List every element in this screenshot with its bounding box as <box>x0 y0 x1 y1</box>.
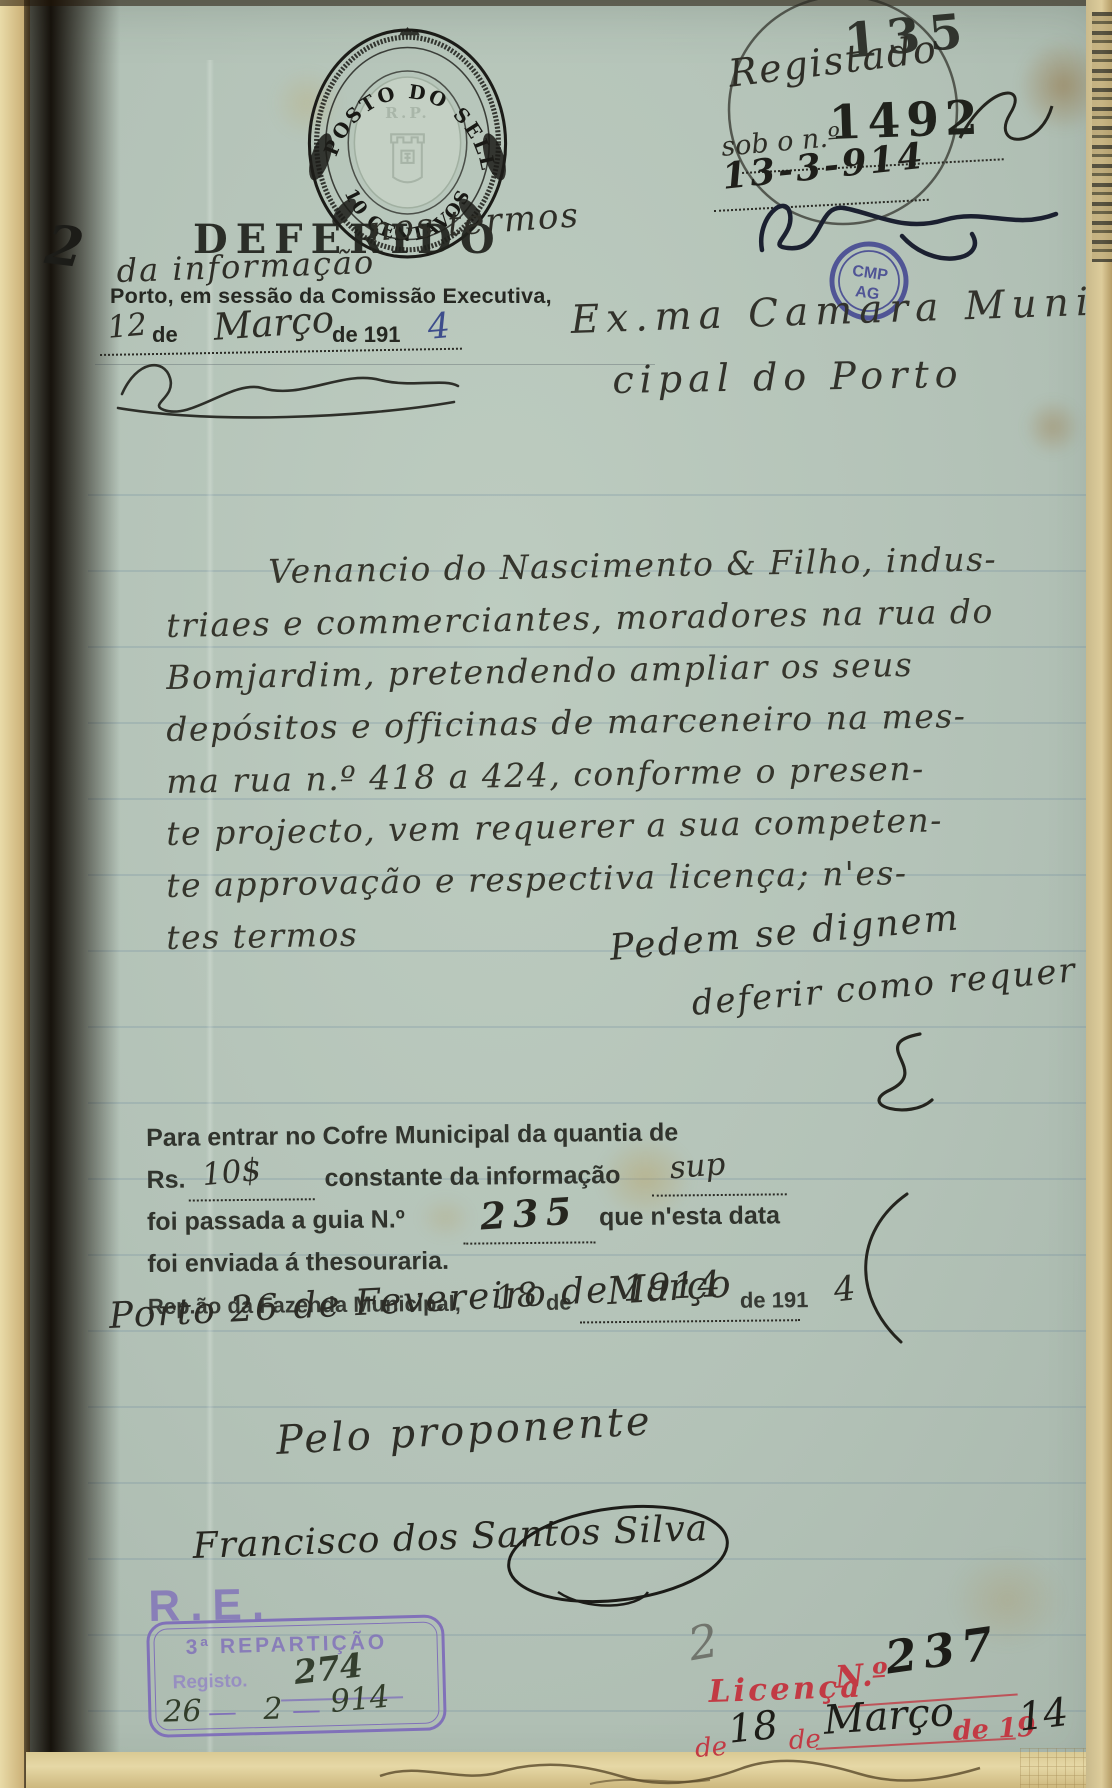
session-month: Março <box>212 298 335 349</box>
dotted-line <box>463 1241 595 1244</box>
addressee-line-2: cipal do Porto <box>612 352 964 402</box>
stamp-embossed-rp: R.P. <box>385 104 430 122</box>
stain <box>1024 398 1082 456</box>
right-page-edge <box>1086 0 1112 1788</box>
fazenda-flourish-bracket <box>845 1190 935 1350</box>
body-line: tes termos <box>166 915 359 957</box>
session-day: 12 <box>106 307 148 346</box>
fazenda-sup: sup <box>668 1146 726 1186</box>
fazenda-line-3a: foi passada a guia N.º <box>147 1205 405 1237</box>
reparticao-month: 2 <box>263 1691 283 1726</box>
licenca-day: 18 <box>726 1703 780 1753</box>
dotted-line <box>580 1319 800 1323</box>
reparticao-dash-1: — <box>209 1697 236 1728</box>
licenca-de-2: de <box>788 1724 822 1756</box>
scanned-document-page: R.P. IMPOSTO DO SELLO 10 CENTAVOS 135 Re… <box>0 0 1112 1788</box>
fazenda-guia-number: 235 <box>479 1188 580 1238</box>
fazenda-line-4: foi enviada á thesouraria. <box>147 1247 449 1279</box>
session-year-digit: 4 <box>426 306 452 348</box>
initials-signature <box>752 188 1072 280</box>
reparticao-stamp-box: 3ª REPARTIÇÃO Registo. 274 26 — 2 — 914 <box>146 1614 447 1738</box>
margin-ink-mark: 2 <box>42 212 87 280</box>
fazenda-de191: de 191 <box>740 1287 809 1314</box>
licenca-de-1: de <box>694 1732 728 1764</box>
licenca-month: Março <box>822 1689 955 1744</box>
right-edge-stamp-pattern <box>1092 12 1112 262</box>
cmp-stamp-top-text: CMP <box>851 263 889 285</box>
session-de1: de <box>152 322 178 348</box>
dotted-line <box>189 1198 315 1201</box>
under-page-writing <box>380 1756 980 1788</box>
session-de2: de 191 <box>332 322 401 348</box>
deferido-handwritten-2: da informação <box>116 243 376 290</box>
licenca-year: 14 <box>1016 1690 1071 1741</box>
fazenda-line-3b: que n'esta data <box>599 1201 780 1232</box>
reparticao-registo-label: Registo. <box>172 1670 248 1694</box>
licenca-no-label: N.º <box>834 1656 889 1696</box>
fazenda-rs-label: Rs. <box>146 1166 185 1195</box>
fazenda-line-1: Para entrar no Cofre Municipal da quanti… <box>146 1118 678 1153</box>
signature-loop <box>498 1496 738 1616</box>
addressee-line-1: Ex.ma Camara Muni <box>570 280 1096 343</box>
dotted-line <box>652 1193 787 1196</box>
reparticao-dash-2: — <box>293 1694 320 1725</box>
reparticao-day: 26 <box>163 1694 202 1730</box>
reparticao-year: 914 <box>329 1679 391 1721</box>
fazenda-amount: 10$ <box>200 1152 262 1194</box>
committee-signature <box>112 352 464 424</box>
